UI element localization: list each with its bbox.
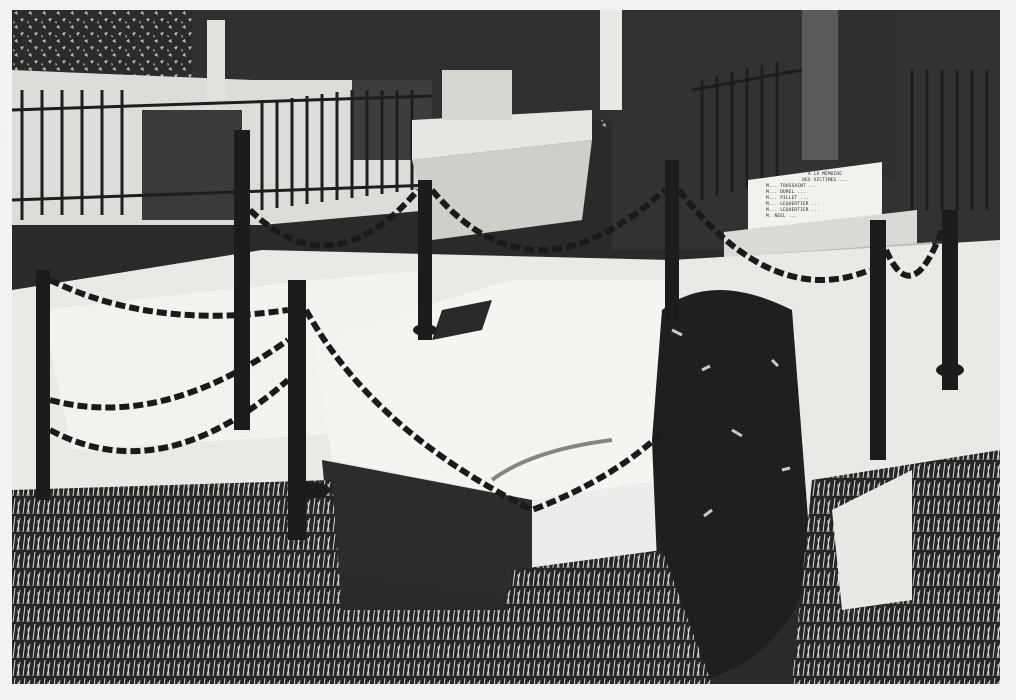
white-obelisk [600, 10, 622, 110]
cemetery-photograph: A LA MÉMOIRE DES VICTIMES ... M... TOUSS… [12, 10, 1000, 684]
inscription-name: M. NEEL ... [766, 214, 884, 220]
photo-scene [12, 10, 1000, 684]
handwritten-margin-note: ... [0, 20, 12, 140]
main-tomb-slab [312, 280, 672, 600]
monument-inscription: A LA MÉMOIRE DES VICTIMES ... M... TOUSS… [760, 168, 890, 238]
